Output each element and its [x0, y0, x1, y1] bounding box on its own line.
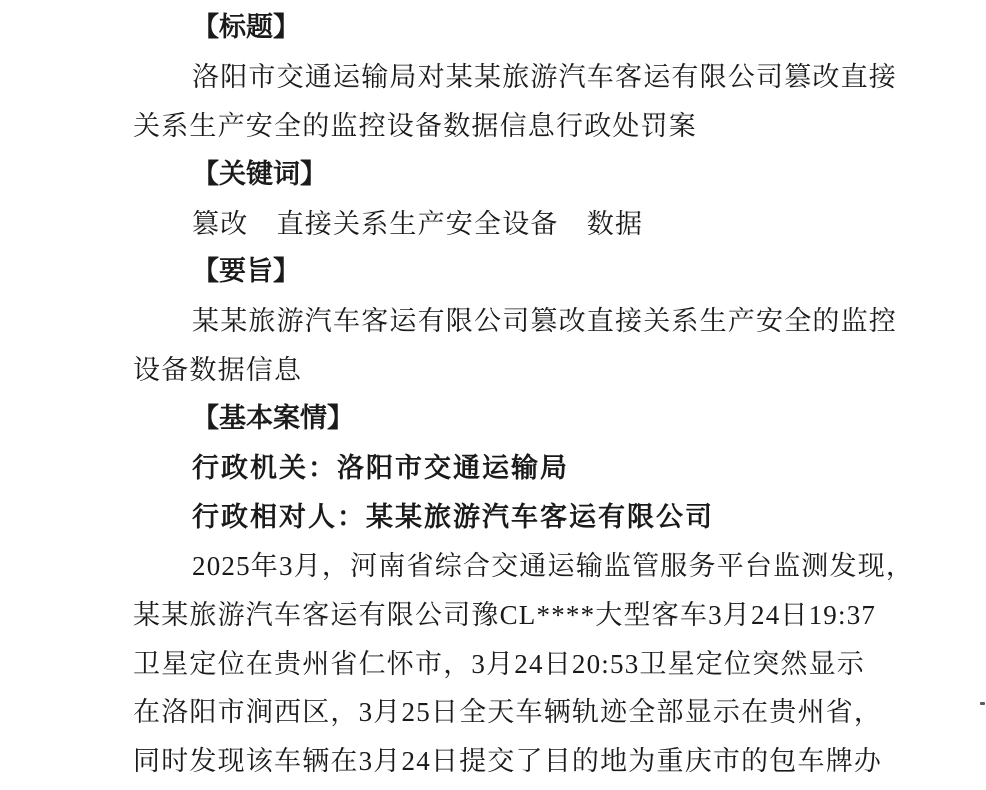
gist-line-1: 某某旅游汽车客运有限公司篡改直接关系生产安全的监控: [133, 297, 868, 346]
facts-paragraph-line-4: 在洛阳市涧西区，3月25日全天车辆轨迹全部显示在贵州省，: [133, 688, 868, 737]
section-heading-keywords: 【关键词】: [133, 151, 868, 200]
scan-artifact-speck: [980, 702, 985, 705]
administrative-counterpart-line: 行政相对人：某某旅游汽车客运有限公司: [133, 493, 868, 542]
facts-paragraph-line-3: 卫星定位在贵州省仁怀市，3月24日20:53卫星定位突然显示: [133, 640, 868, 689]
section-heading-gist: 【要旨】: [133, 248, 868, 297]
facts-paragraph-line-5: 同时发现该车辆在3月24日提交了目的地为重庆市的包车牌办: [133, 737, 868, 786]
document-page: 【标题】 洛阳市交通运输局对某某旅游汽车客运有限公司篡改直接 关系生产安全的监控…: [0, 0, 986, 790]
case-title-line-2: 关系生产安全的监控设备数据信息行政处罚案: [133, 102, 868, 151]
keywords-line: 篡改 直接关系生产安全设备 数据: [133, 200, 868, 249]
document-text-block: 【标题】 洛阳市交通运输局对某某旅游汽车客运有限公司篡改直接 关系生产安全的监控…: [133, 4, 868, 786]
case-title-line-1: 洛阳市交通运输局对某某旅游汽车客运有限公司篡改直接: [133, 53, 868, 102]
section-heading-basic-facts: 【基本案情】: [133, 395, 868, 444]
section-heading-title: 【标题】: [133, 4, 868, 53]
facts-paragraph-line-1: 2025年3月，河南省综合交通运输监管服务平台监测发现，: [133, 542, 868, 591]
gist-line-2: 设备数据信息: [133, 346, 868, 395]
administrative-agency-line: 行政机关：洛阳市交通运输局: [133, 444, 868, 493]
facts-paragraph-line-2: 某某旅游汽车客运有限公司豫CL****大型客车3月24日19:37: [133, 591, 868, 640]
